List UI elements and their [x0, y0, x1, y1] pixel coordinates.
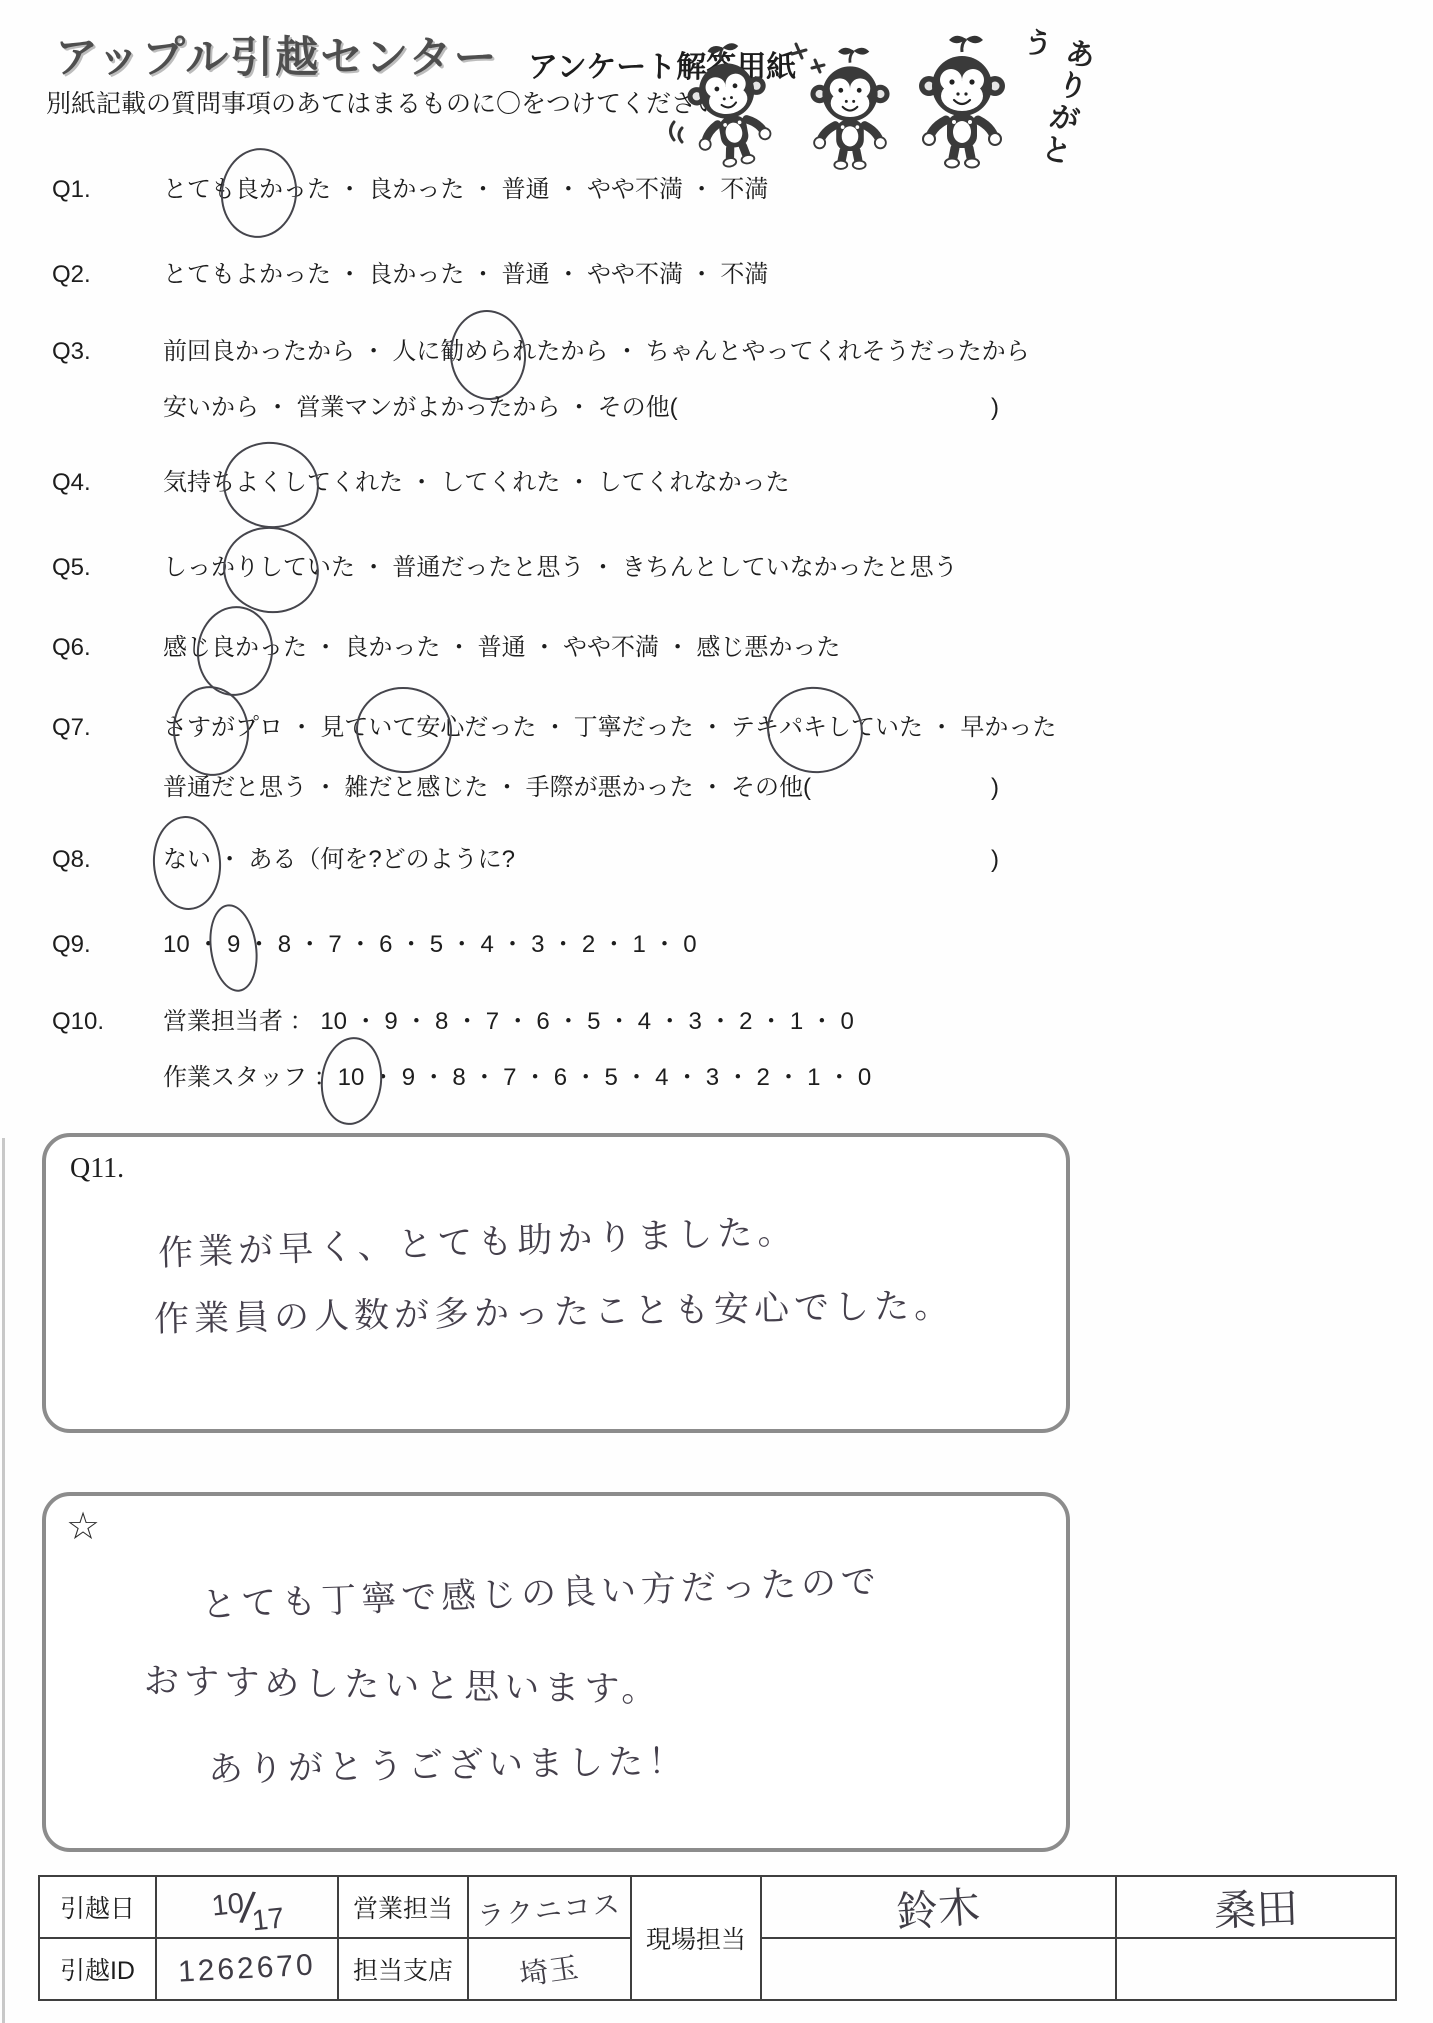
move-date-value: 10/17 [156, 1876, 338, 1938]
question-number: Q6. [52, 631, 91, 665]
question-number: Q7. [52, 711, 91, 745]
sparkle-icon [792, 44, 824, 72]
motion-lines-icon [679, 128, 682, 142]
hand-drawn-circle-selection: めら [464, 335, 512, 369]
instruction-text: 別紙記載の質問事項のあてはまるものに〇をつけてください。 [46, 84, 746, 120]
option-text: しっか [163, 554, 235, 581]
option-text: った ・ 良かった ・ 普通 ・ やや不満 ・ 不満 [283, 176, 768, 203]
option-text: ていた ・ 早かった [851, 714, 1056, 741]
hand-drawn-circle-selection: いて安 [368, 711, 440, 745]
option-line: 営業担当者 ： 10 ・ 9 ・ 8 ・ 7 ・ 6 ・ 5 ・ 4 ・ 3 ・… [163, 1005, 854, 1039]
option-text: 営業担当者 ： 10 ・ 9 ・ 8 ・ 7 ・ 6 ・ 5 ・ 4 ・ 3 ・… [163, 1008, 854, 1035]
site-staff-label: 現場担当 [631, 1876, 761, 2000]
option-text: 気持ち [163, 469, 235, 496]
option-text: 作業スタッフ ： [163, 1064, 338, 1091]
option-text: 普通だと思う ・ 雑だと感じた ・ 手際が悪かった ・ その他( [163, 774, 811, 801]
question-row-q5: Q5.しっかりしていた ・ 普通だったと思う ・ きちんとしていなかったと思う [0, 551, 1433, 591]
closing-paren: ) [991, 771, 999, 805]
option-line: 普通だと思う ・ 雑だと感じた ・ 手際が悪かった ・ その他() [163, 771, 811, 805]
option-line: 前回良かったから ・ 人に勧められたから ・ ちゃんとやってくれそうだったから [163, 335, 1030, 369]
site-staff-name-1: 鈴木 [761, 1876, 1116, 1938]
option-line: しっかりしていた ・ 普通だったと思う ・ きちんとしていなかったと思う [163, 551, 958, 585]
handwritten-comment-line: 作業が早く、とても助かりました。 [157, 1204, 798, 1276]
hand-drawn-circle-selection: 良か [211, 631, 259, 665]
option-text: 心だった ・ 丁寧だった ・ テキ [440, 714, 779, 741]
question-number: Q3. [52, 335, 91, 369]
question-row-q3: Q3.前回良かったから ・ 人に勧められたから ・ ちゃんとやってくれそうだった… [0, 335, 1433, 375]
hand-drawn-circle-selection: ない [163, 843, 211, 877]
star-comment-box: ☆ とても丁寧で感じの良い方だったのでおすすめしたいと思います。ありがとうござい… [42, 1492, 1070, 1852]
option-text: った ・ 良かった ・ 普通 ・ やや不満 ・ 感じ悪かった [259, 634, 840, 661]
scanned-survey-page: アップル引越センター アンケート解答用紙 別紙記載の質問事項のあてはまるものに〇… [0, 0, 1433, 2023]
question-number: Q10. [52, 1005, 104, 1039]
hand-drawn-circle-selection: 10 [338, 1061, 365, 1095]
question-number: Q9. [52, 928, 91, 962]
option-text: ・ 8 ・ 7 ・ 6 ・ 5 ・ 4 ・ 3 ・ 2 ・ 1 ・ 0 [240, 931, 696, 958]
option-line: さすがプロ ・ 見ていて安心だった ・ 丁寧だった ・ テキパキしていた ・ 早… [163, 711, 1056, 745]
option-text: いた ・ 普通だったと思う ・ きちんとしていなかったと思う [307, 554, 958, 581]
hand-drawn-circle-selection: よくし [235, 466, 307, 500]
option-line: 10 ・ 9 ・ 8 ・ 7 ・ 6 ・ 5 ・ 4 ・ 3 ・ 2 ・ 1 ・… [163, 928, 697, 962]
option-text: ・ ある（何を?どのように? [211, 846, 515, 873]
hand-drawn-circle-selection: 9 [227, 928, 240, 962]
monkey-1-icon [680, 39, 779, 172]
hand-drawn-circle-selection: パキし [779, 711, 851, 745]
question-row-q6: Q6.感じ良かった ・ 良かった ・ 普通 ・ やや不満 ・ 感じ悪かった [0, 631, 1433, 671]
scan-edge-artifact [2, 1138, 5, 2023]
question-row-q4: Q4.気持ちよくしてくれた ・ してくれた ・ してくれなかった [0, 466, 1433, 506]
question-row-q1: Q1.とても良かった ・ 良かった ・ 普通 ・ やや不満 ・ 不満 [0, 173, 1433, 213]
option-line: 安いから ・ 営業マンがよかったから ・ その他() [163, 391, 678, 425]
question-row-q8: Q8.ない ・ ある（何を?どのように?) [0, 843, 1433, 883]
move-id-label: 引越ID [39, 1938, 156, 2000]
option-text: 安いから ・ 営業マンがよかったから ・ その他( [163, 394, 678, 421]
option-text: プロ ・ 見て [235, 714, 368, 741]
question-number: Q1. [52, 173, 91, 207]
q11-label: Q11. [70, 1153, 124, 1185]
option-text: とてもよかった ・ 良かった ・ 普通 ・ やや不満 ・ 不満 [163, 261, 768, 288]
hand-drawn-circle-selection: 良か [235, 173, 283, 207]
site-staff-name-2: 桑田 [1116, 1876, 1396, 1938]
sales-rep-label: 営業担当 [338, 1876, 468, 1938]
option-text: 10 ・ [163, 931, 227, 958]
question-row-q9: Q9.10 ・ 9 ・ 8 ・ 7 ・ 6 ・ 5 ・ 4 ・ 3 ・ 2 ・ … [0, 928, 1433, 968]
option-text: ・ 9 ・ 8 ・ 7 ・ 6 ・ 5 ・ 4 ・ 3 ・ 2 ・ 1 ・ 0 [364, 1064, 871, 1091]
option-line: ない ・ ある（何を?どのように?) [163, 843, 515, 877]
option-line: とてもよかった ・ 良かった ・ 普通 ・ やや不満 ・ 不満 [163, 258, 768, 292]
question-row-q10: Q10.営業担当者 ： 10 ・ 9 ・ 8 ・ 7 ・ 6 ・ 5 ・ 4 ・… [0, 1005, 1433, 1045]
footer-info-table: 引越日 10/17 営業担当 ラクニコス 現場担当 鈴木 桑田 引越ID 126… [38, 1875, 1397, 2001]
q11-comment-box: Q11. 作業が早く、とても助かりました。作業員の人数が多かったことも安心でした… [42, 1133, 1070, 1433]
move-date-day: 17 [250, 1902, 285, 1937]
star-icon: ☆ [66, 1504, 100, 1549]
option-line: 感じ良かった ・ 良かった ・ 普通 ・ やや不満 ・ 感じ悪かった [163, 631, 840, 665]
option-text: さ [163, 714, 187, 741]
question-row-q2: Q2.とてもよかった ・ 良かった ・ 普通 ・ やや不満 ・ 不満 [0, 258, 1433, 298]
question-number: Q4. [52, 466, 91, 500]
handwritten-comment-line: とても丁寧で感じの良い方だったので [200, 1554, 881, 1628]
handwritten-comment-line: 作業員の人数が多かったことも安心でした。 [154, 1278, 955, 1342]
empty-cell [1116, 1938, 1396, 2000]
branch-label: 担当支店 [338, 1938, 468, 2000]
option-text: てくれた ・ してくれた ・ してくれなかった [307, 469, 790, 496]
branch-value: 埼玉 [468, 1938, 631, 2000]
sales-rep-value: ラクニコス [468, 1876, 631, 1938]
option-line: とても良かった ・ 良かった ・ 普通 ・ やや不満 ・ 不満 [163, 173, 768, 207]
option-text: 前回良かったから ・ 人に勧 [163, 338, 464, 365]
closing-paren: ) [991, 391, 999, 425]
hand-drawn-circle-selection: すが [187, 711, 235, 745]
option-line: 気持ちよくしてくれた ・ してくれた ・ してくれなかった [163, 466, 790, 500]
option-text: とても [163, 176, 235, 203]
option-line: 作業スタッフ ：10 ・ 9 ・ 8 ・ 7 ・ 6 ・ 5 ・ 4 ・ 3 ・… [163, 1061, 871, 1095]
question-number: Q8. [52, 843, 91, 877]
motion-lines-icon [671, 122, 675, 140]
handwritten-comment-line: ありがとうございました！ [208, 1734, 689, 1792]
option-text: れたから ・ ちゃんとやってくれそうだったから [512, 338, 1029, 365]
handwritten-comment-line: おすすめしたいと思います。 [144, 1653, 662, 1712]
company-logo: アップル引越センター [55, 24, 499, 85]
empty-cell [761, 1938, 1116, 2000]
move-id-value: 1262670 [156, 1938, 338, 2000]
question-number: Q2. [52, 258, 91, 292]
question-number: Q5. [52, 551, 91, 585]
hand-drawn-circle-selection: りして [235, 551, 307, 585]
question-row-q7: Q7.さすがプロ ・ 見ていて安心だった ・ 丁寧だった ・ テキパキしていた … [0, 711, 1433, 751]
move-date-label: 引越日 [39, 1876, 156, 1938]
option-text: 感じ [163, 634, 211, 661]
closing-paren: ) [991, 843, 999, 877]
